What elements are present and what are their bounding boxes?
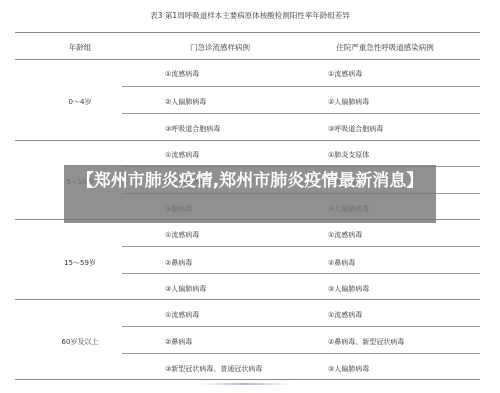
overlay-banner: 【郑州市肺炎疫情,郑州市肺炎疫情最新消息】: [64, 165, 436, 223]
table-cell: ②人偏肺病毒: [165, 97, 206, 107]
table-cell: ②鼻病毒: [165, 258, 192, 268]
table-caption: 表3 第1周呼吸道样本主要病原体核酸检测阳性率年龄组差异: [0, 10, 500, 21]
row-divider: [122, 246, 480, 247]
table-cell: ②鼻病毒、新型冠状病毒: [328, 337, 404, 347]
header-outpatient: 门急诊流感样病例: [155, 42, 285, 53]
table-cell: ③人偏肺病毒: [328, 364, 369, 374]
table-cell: ②人偏肺病毒: [328, 97, 369, 107]
table-cell: ①流感病毒: [328, 230, 362, 240]
row-divider: [122, 113, 480, 114]
table-cell: ③人偏肺病毒: [165, 284, 206, 294]
table-cell: ①流感病毒: [165, 69, 199, 79]
row-divider: [122, 86, 480, 87]
row-divider: [122, 273, 480, 274]
table-row-age: 15～59岁: [15, 258, 145, 268]
table-cell: ③呼吸道合胞病毒: [165, 124, 220, 134]
table-row-age: 0～4岁: [15, 97, 145, 107]
table-row-age: 60岁及以上: [15, 337, 145, 347]
table-cell: ③新型冠状病毒、普通冠状病毒: [165, 364, 262, 374]
group-rule: [15, 299, 480, 300]
group-rule: [15, 140, 480, 141]
table-cell: ①肺炎支原体: [328, 150, 369, 160]
table-cell: ②鼻病毒: [328, 258, 355, 268]
table-cell: ①流感病毒: [165, 310, 199, 320]
scan-artifact: [200, 383, 290, 385]
table-cell: ①流感病毒: [165, 230, 199, 240]
table-bottom-rule: [15, 379, 480, 380]
row-divider: [122, 326, 480, 327]
table-cell: ①流感病毒: [328, 310, 362, 320]
table-cell: ①流感病毒: [328, 69, 362, 79]
table-cell: ①流感病毒: [165, 150, 199, 160]
table-cell: ③呼吸道合胞病毒: [328, 124, 383, 134]
header-rule: [15, 59, 480, 60]
table-cell: ③人偏肺病毒: [328, 284, 369, 294]
header-inpatient: 住院严重急性呼吸道感染病例: [310, 42, 460, 53]
table-cell: ②鼻病毒: [165, 337, 192, 347]
row-divider: [122, 353, 480, 354]
header-age-group: 年龄组: [15, 42, 145, 53]
table-top-rule: [15, 32, 480, 33]
